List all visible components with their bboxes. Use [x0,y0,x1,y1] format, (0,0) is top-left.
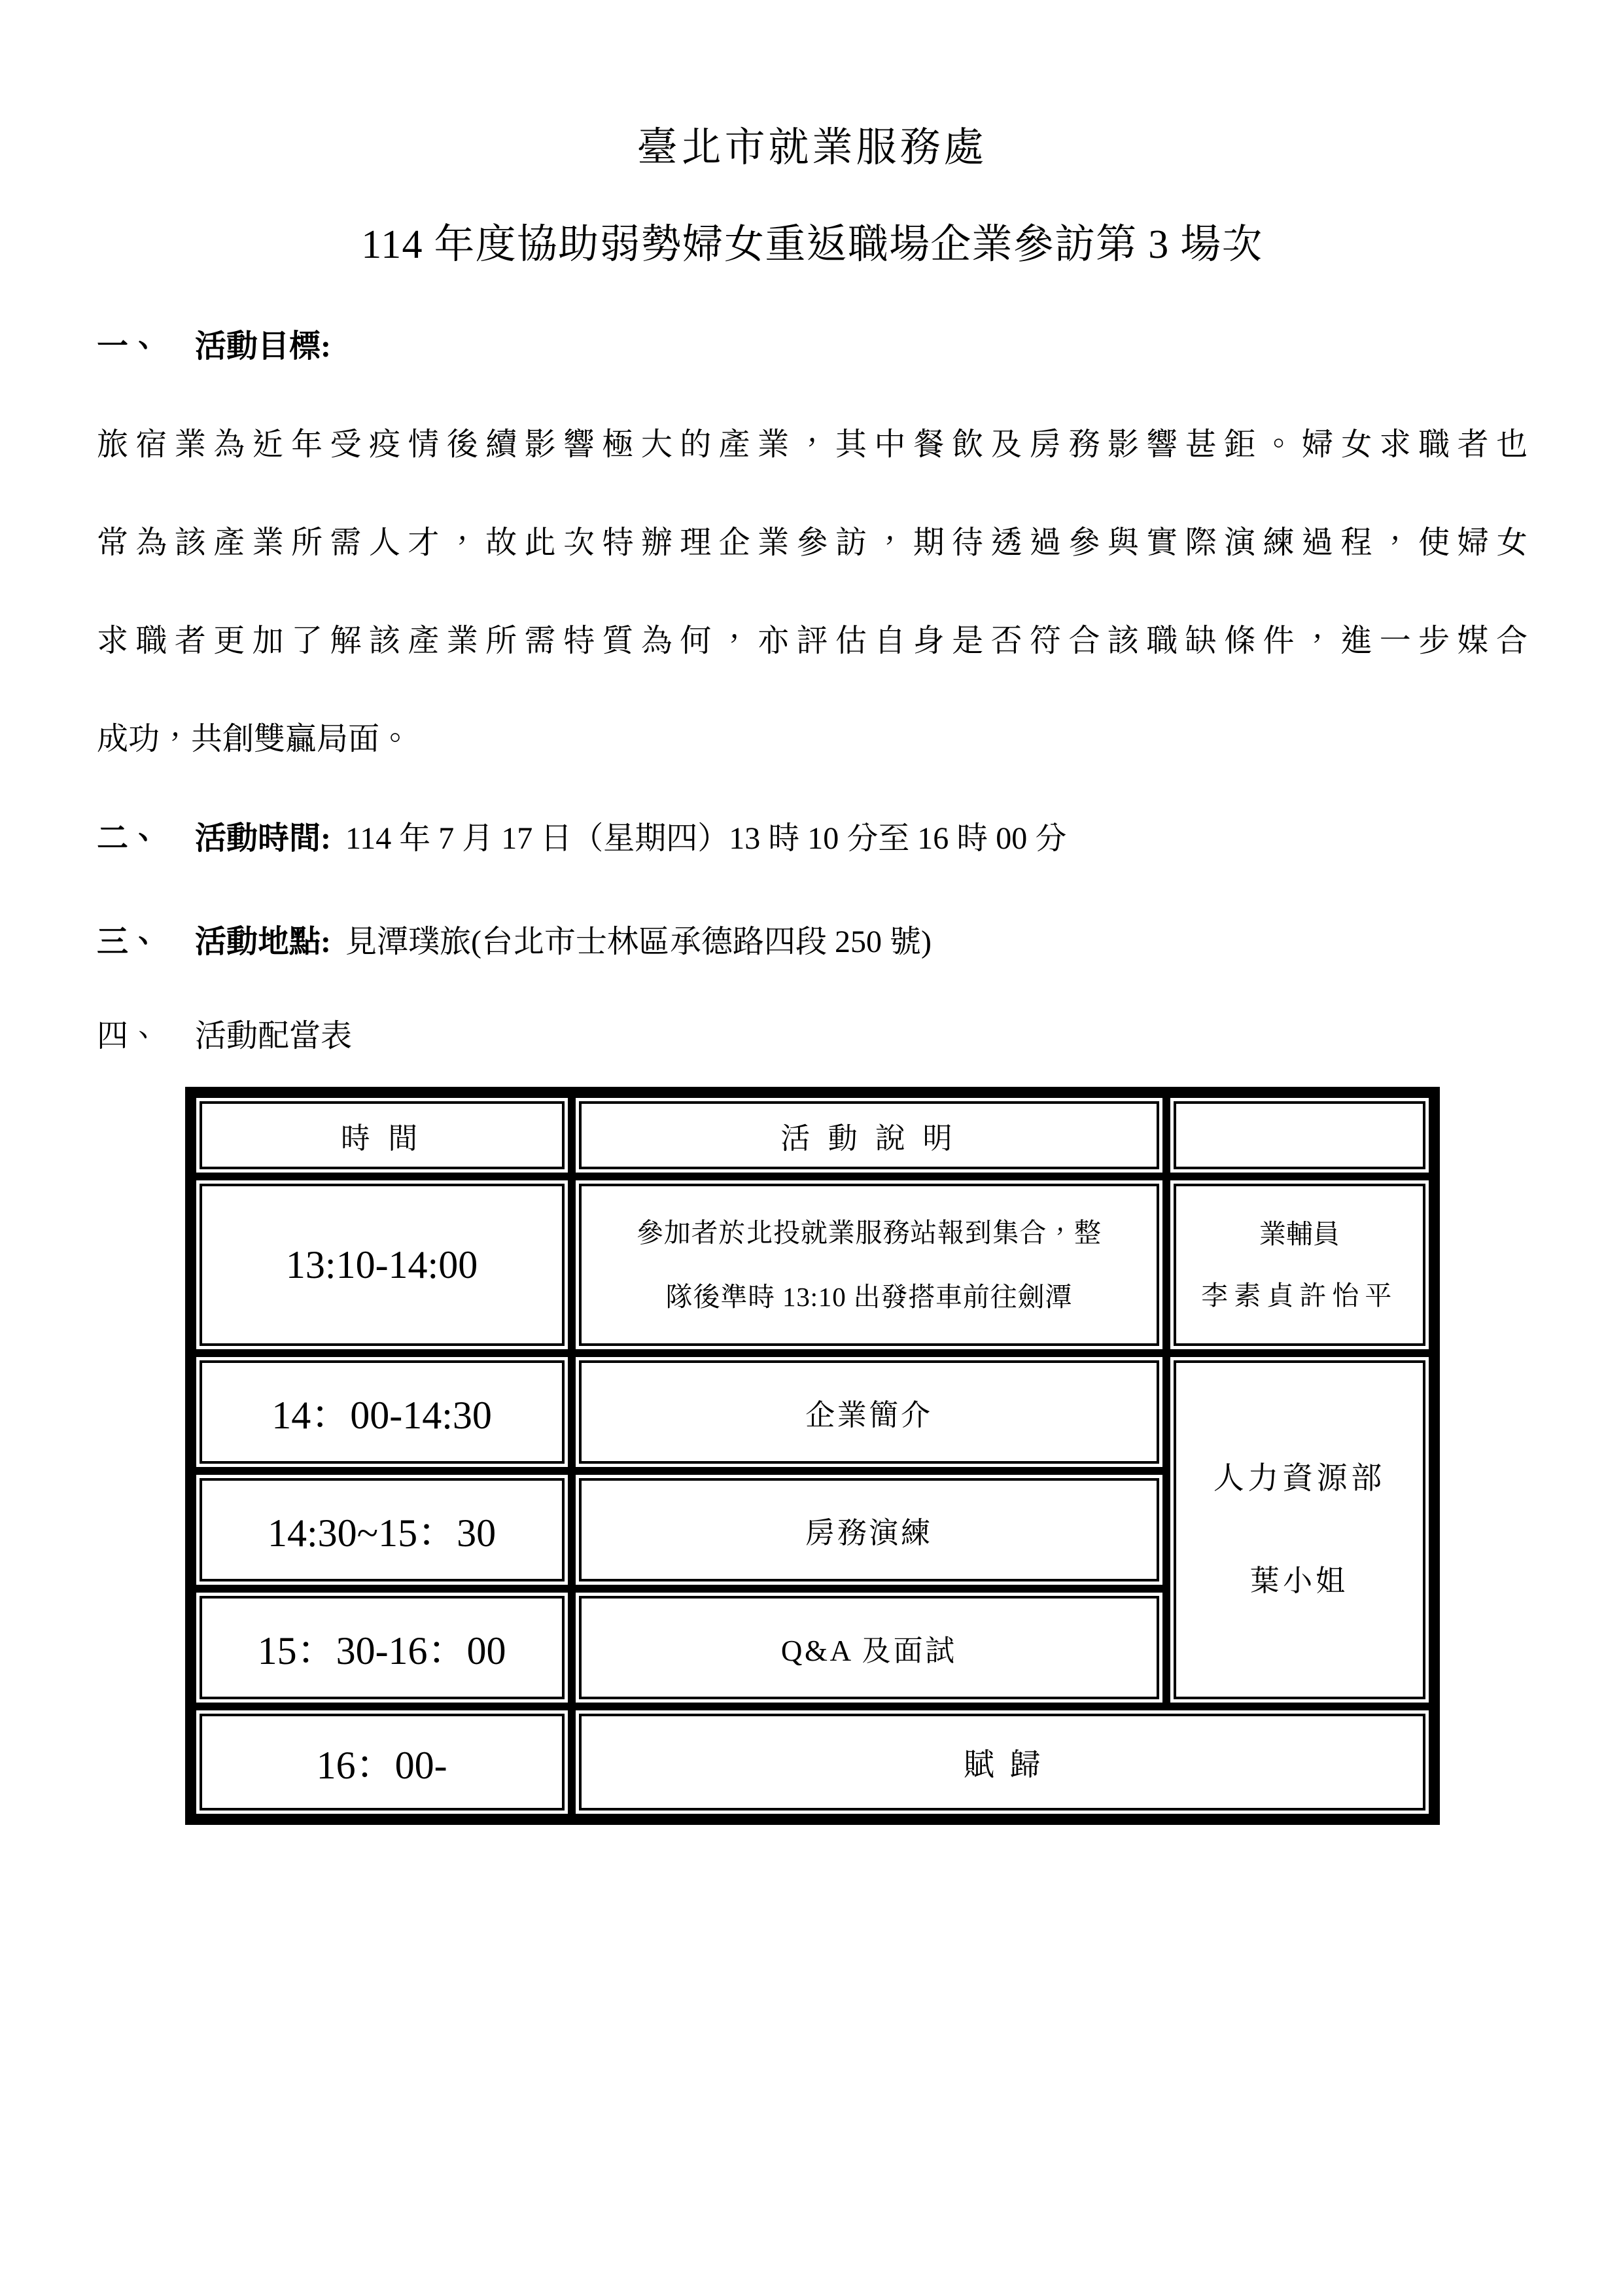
table-row: 16：00- 賦歸 [200,1714,1425,1810]
section-schedule-heading: 四、 活動配當表 [97,1017,1527,1055]
table-header-row: 時 間 活 動 說 明 [200,1101,1425,1169]
time-cell: 15：30-16：00 [200,1596,565,1699]
contact-department: 人力資源部 [1176,1449,1422,1508]
document-title: 臺北市就業服務處 [97,128,1527,168]
section-label: 活動配當表 [195,1017,352,1055]
section-objective-heading: 一、 活動目標: [97,328,1527,366]
time-cell: 14：00-14:30 [200,1360,565,1464]
paragraph-line: 成功，共創雙贏局面。 [97,690,1527,788]
description-cell: 企業簡介 [579,1360,1160,1464]
description-cell: 賦歸 [579,1714,1425,1810]
table-row: 14：00-14:30 企業簡介 人力資源部 葉小姐 [200,1360,1425,1464]
time-cell: 14:30~15：30 [200,1478,565,1581]
paragraph-line: 求職者更加了解該產業所需特質為何，亦評估自身是否符合該職缺條件，進一步媒合 [97,592,1527,690]
time-cell: 16：00- [200,1714,565,1810]
section-number: 二、 [97,820,195,858]
description-line: 隊後準時 13:10 出發搭車前往劍潭 [582,1265,1157,1329]
header-cell-description: 活 動 說 明 [579,1101,1160,1169]
document-page: 臺北市就業服務處 114 年度協助弱勢婦女重返職場企業參訪第 3 場次 一、 活… [0,0,1623,2296]
paragraph-line: 常為該產業所需人才，故此次特辦理企業參訪，期待透過參與實際演練過程，使婦女 [97,494,1527,592]
contact-merged-cell: 人力資源部 葉小姐 [1174,1360,1425,1699]
section-number: 一、 [97,328,195,366]
section-label: 活動地點: [195,923,331,961]
section-number: 三、 [97,923,195,961]
section-label: 活動目標: [195,328,331,366]
document-subtitle: 114 年度協助弱勢婦女重返職場企業參訪第 3 場次 [97,224,1527,265]
description-cell: Q&A 及面試 [579,1596,1160,1699]
time-cell: 13:10-14:00 [200,1184,565,1346]
staff-cell: 業輔員 李素貞許怡平 [1174,1184,1425,1346]
description-line: 參加者於北投就業服務站報到集合，整 [582,1201,1157,1265]
staff-names: 李素貞許怡平 [1176,1265,1422,1326]
section-value: 114 年 7 月 17 日（星期四）13 時 10 分至 16 時 00 分 [345,820,1066,858]
section-number: 四、 [97,1017,195,1055]
section-time: 二、 活動時間: 114 年 7 月 17 日（星期四）13 時 10 分至 1… [97,820,1527,858]
objective-paragraph: 旅宿業為近年受疫情後續影響極大的產業，其中餐飲及房務影響甚鉅。婦女求職者也 常為… [97,396,1527,788]
description-cell: 參加者於北投就業服務站報到集合，整 隊後準時 13:10 出發搭車前往劍潭 [579,1184,1160,1346]
header-cell-blank [1174,1101,1425,1169]
table-row: 13:10-14:00 參加者於北投就業服務站報到集合，整 隊後準時 13:10… [200,1184,1425,1346]
contact-person: 葉小姐 [1176,1551,1422,1610]
paragraph-line: 旅宿業為近年受疫情後續影響極大的產業，其中餐飲及房務影響甚鉅。婦女求職者也 [97,396,1527,494]
section-value: 見潭璞旅(台北市士林區承德路四段 250 號) [345,923,932,961]
staff-title: 業輔員 [1176,1203,1422,1265]
activity-schedule-table: 時 間 活 動 說 明 13:10-14:00 參加者於北投就業服務站報到集合，… [185,1087,1440,1825]
section-location: 三、 活動地點: 見潭璞旅(台北市士林區承德路四段 250 號) [97,923,1527,961]
header-cell-time: 時 間 [200,1101,565,1169]
section-label: 活動時間: [195,820,331,858]
description-cell: 房務演練 [579,1478,1160,1581]
